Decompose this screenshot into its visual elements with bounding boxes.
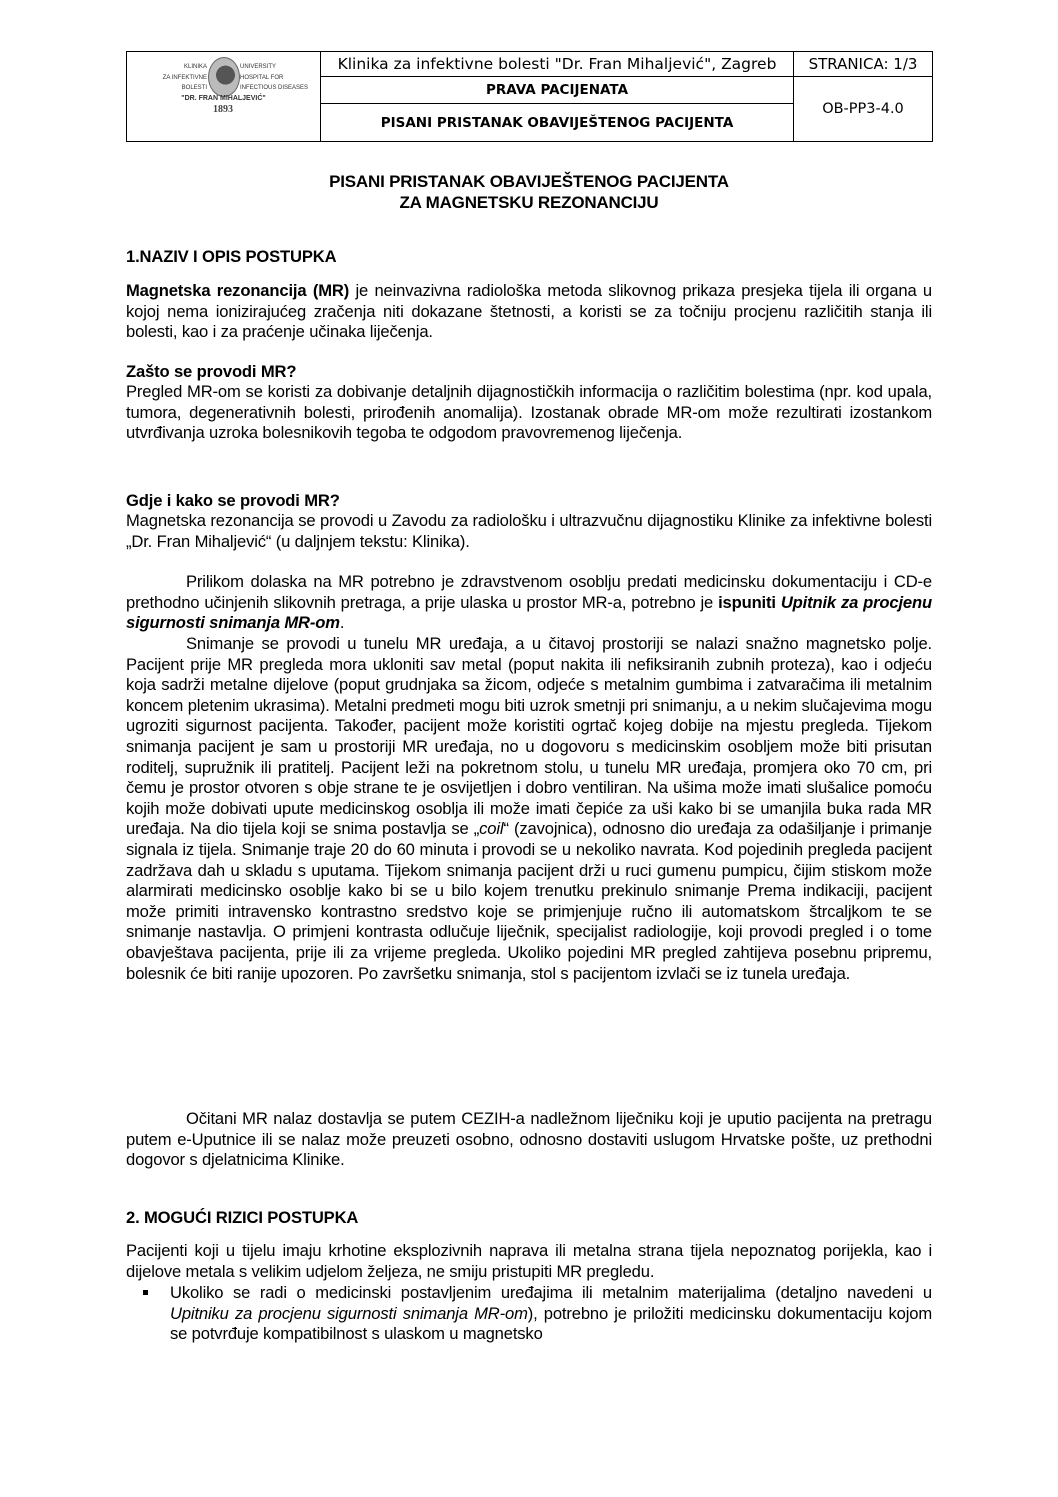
clinic-logo: KLINIKA ZA INFEKTIVNE BOLESTI UNIVERSITY…	[127, 52, 321, 142]
institution-name: Klinika za infektivne bolesti "Dr. Fran …	[321, 52, 794, 77]
section-2-heading: 2. MOGUĆI RIZICI POSTUPKA	[126, 1208, 932, 1229]
logo-year: 1893	[213, 104, 233, 115]
why-heading: Zašto se provodi MR?	[126, 362, 932, 383]
where-paragraph: Magnetska rezonancija se provodi u Zavod…	[126, 511, 932, 552]
document-header-table: KLINIKA ZA INFEKTIVNE BOLESTI UNIVERSITY…	[126, 51, 933, 142]
page-number: STRANICA: 1/3	[794, 52, 933, 77]
result-paragraph: Očitani MR nalaz dostavlja se putem CEZI…	[126, 1109, 932, 1171]
document-title: PISANI PRISTANAK OBAVIJEŠTENOG PACIJENTA…	[126, 171, 932, 213]
square-bullet-icon	[143, 1290, 148, 1295]
risks-list: Ukoliko se radi o medicinski postavljeni…	[126, 1283, 932, 1345]
document-code: OB-PP3-4.0	[794, 77, 933, 142]
arrival-paragraph: Prilikom dolaska na MR potrebno je zdrav…	[126, 572, 932, 634]
portrait-emblem-icon	[208, 57, 240, 97]
document-type: PISANI PRISTANAK OBAVIJEŠTENOG PACIJENTA	[321, 104, 794, 142]
risks-intro-paragraph: Pacijenti koji u tijelu imaju krhotine e…	[126, 1241, 932, 1282]
intro-paragraph: Magnetska rezonancija (MR) je neinvazivn…	[126, 281, 932, 343]
document-category: PRAVA PACIJENATA	[321, 77, 794, 104]
where-heading: Gdje i kako se provodi MR?	[126, 491, 932, 512]
document-page: KLINIKA ZA INFEKTIVNE BOLESTI UNIVERSITY…	[126, 51, 932, 142]
procedure-paragraph: Snimanje se provodi u tunelu MR uređaja,…	[126, 634, 932, 984]
section-1-heading: 1.NAZIV I OPIS POSTUPKA	[126, 247, 932, 268]
why-paragraph: Pregled MR-om se koristi za dobivanje de…	[126, 382, 932, 444]
list-item: Ukoliko se radi o medicinski postavljeni…	[126, 1283, 932, 1345]
logo-text-right: UNIVERSITY HOSPITAL FOR INFECTIOUS DISEA…	[240, 62, 308, 94]
logo-name: "DR. FRAN MIHALJEVIĆ"	[127, 95, 320, 102]
logo-text-left: KLINIKA ZA INFEKTIVNE BOLESTI	[163, 62, 207, 94]
